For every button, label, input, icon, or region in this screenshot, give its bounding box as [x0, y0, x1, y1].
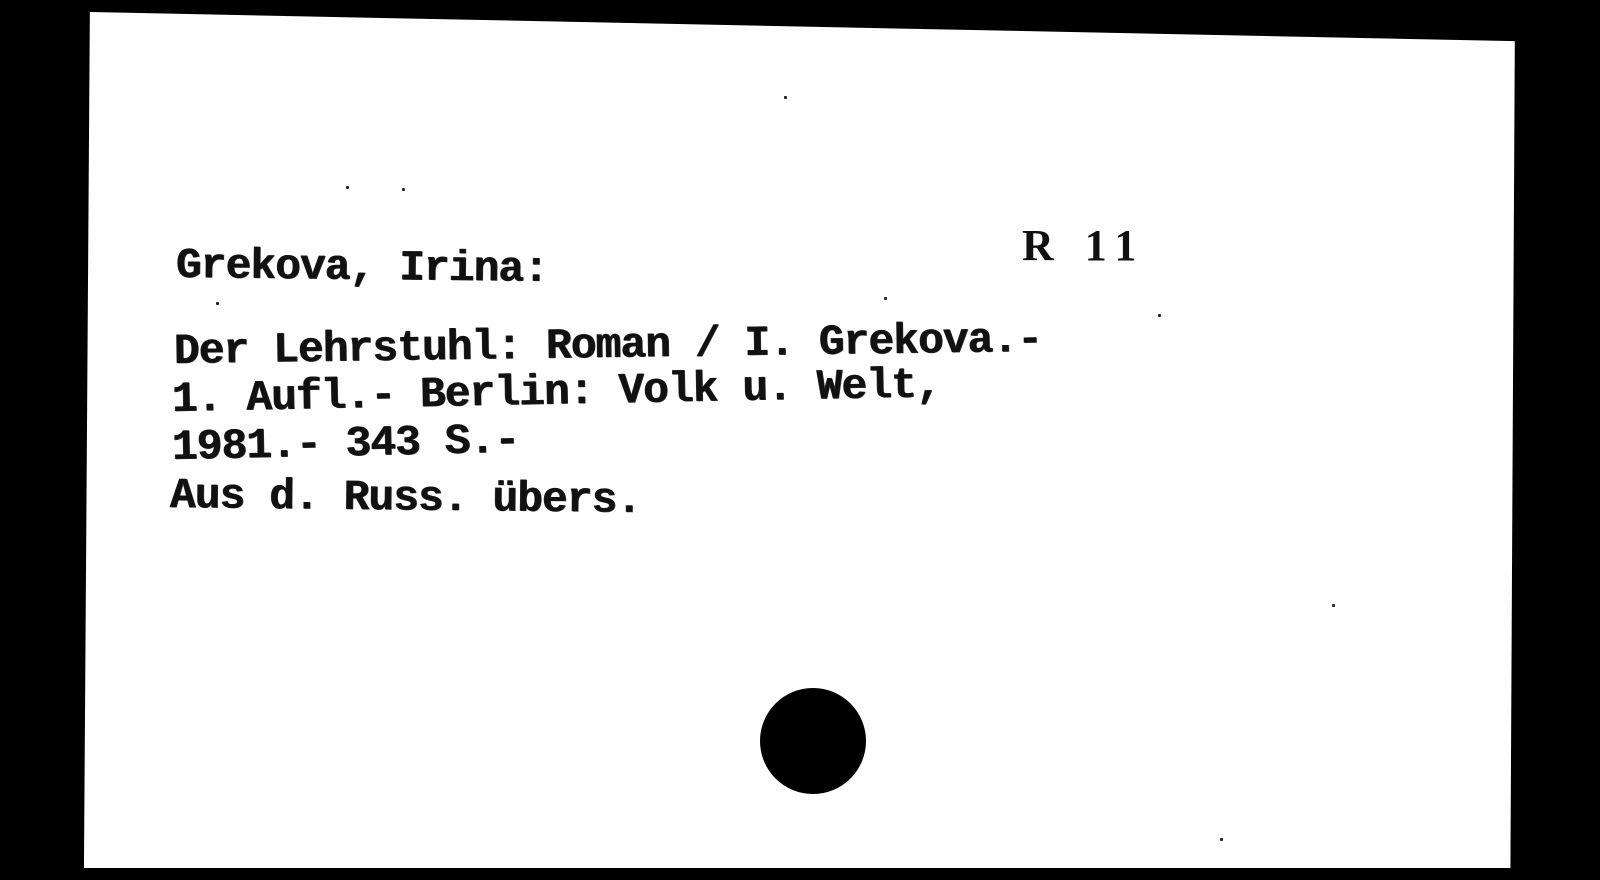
catalog-card: R 11 Grekova, Irina: Der Lehrstuhl: Roma… — [84, 12, 1550, 868]
edition-publisher-line: 1. Aufl.- Berlin: Volk u. Welt, — [172, 363, 942, 421]
punched-hole — [760, 688, 866, 794]
translation-note-line: Aus d. Russ. übers. — [170, 474, 642, 522]
speck — [402, 188, 405, 191]
speck — [884, 297, 887, 300]
year-pages-line: 1981.- 343 S.- — [172, 419, 520, 469]
speck — [216, 302, 219, 305]
speck — [784, 96, 787, 99]
author-heading: Grekova, Irina: — [176, 244, 549, 291]
call-number: R 11 — [1022, 220, 1146, 271]
speck — [1158, 314, 1161, 317]
card-content: R 11 Grekova, Irina: Der Lehrstuhl: Roma… — [84, 12, 1550, 868]
speck — [1220, 838, 1223, 841]
speck — [1332, 604, 1335, 607]
speck — [346, 186, 349, 189]
